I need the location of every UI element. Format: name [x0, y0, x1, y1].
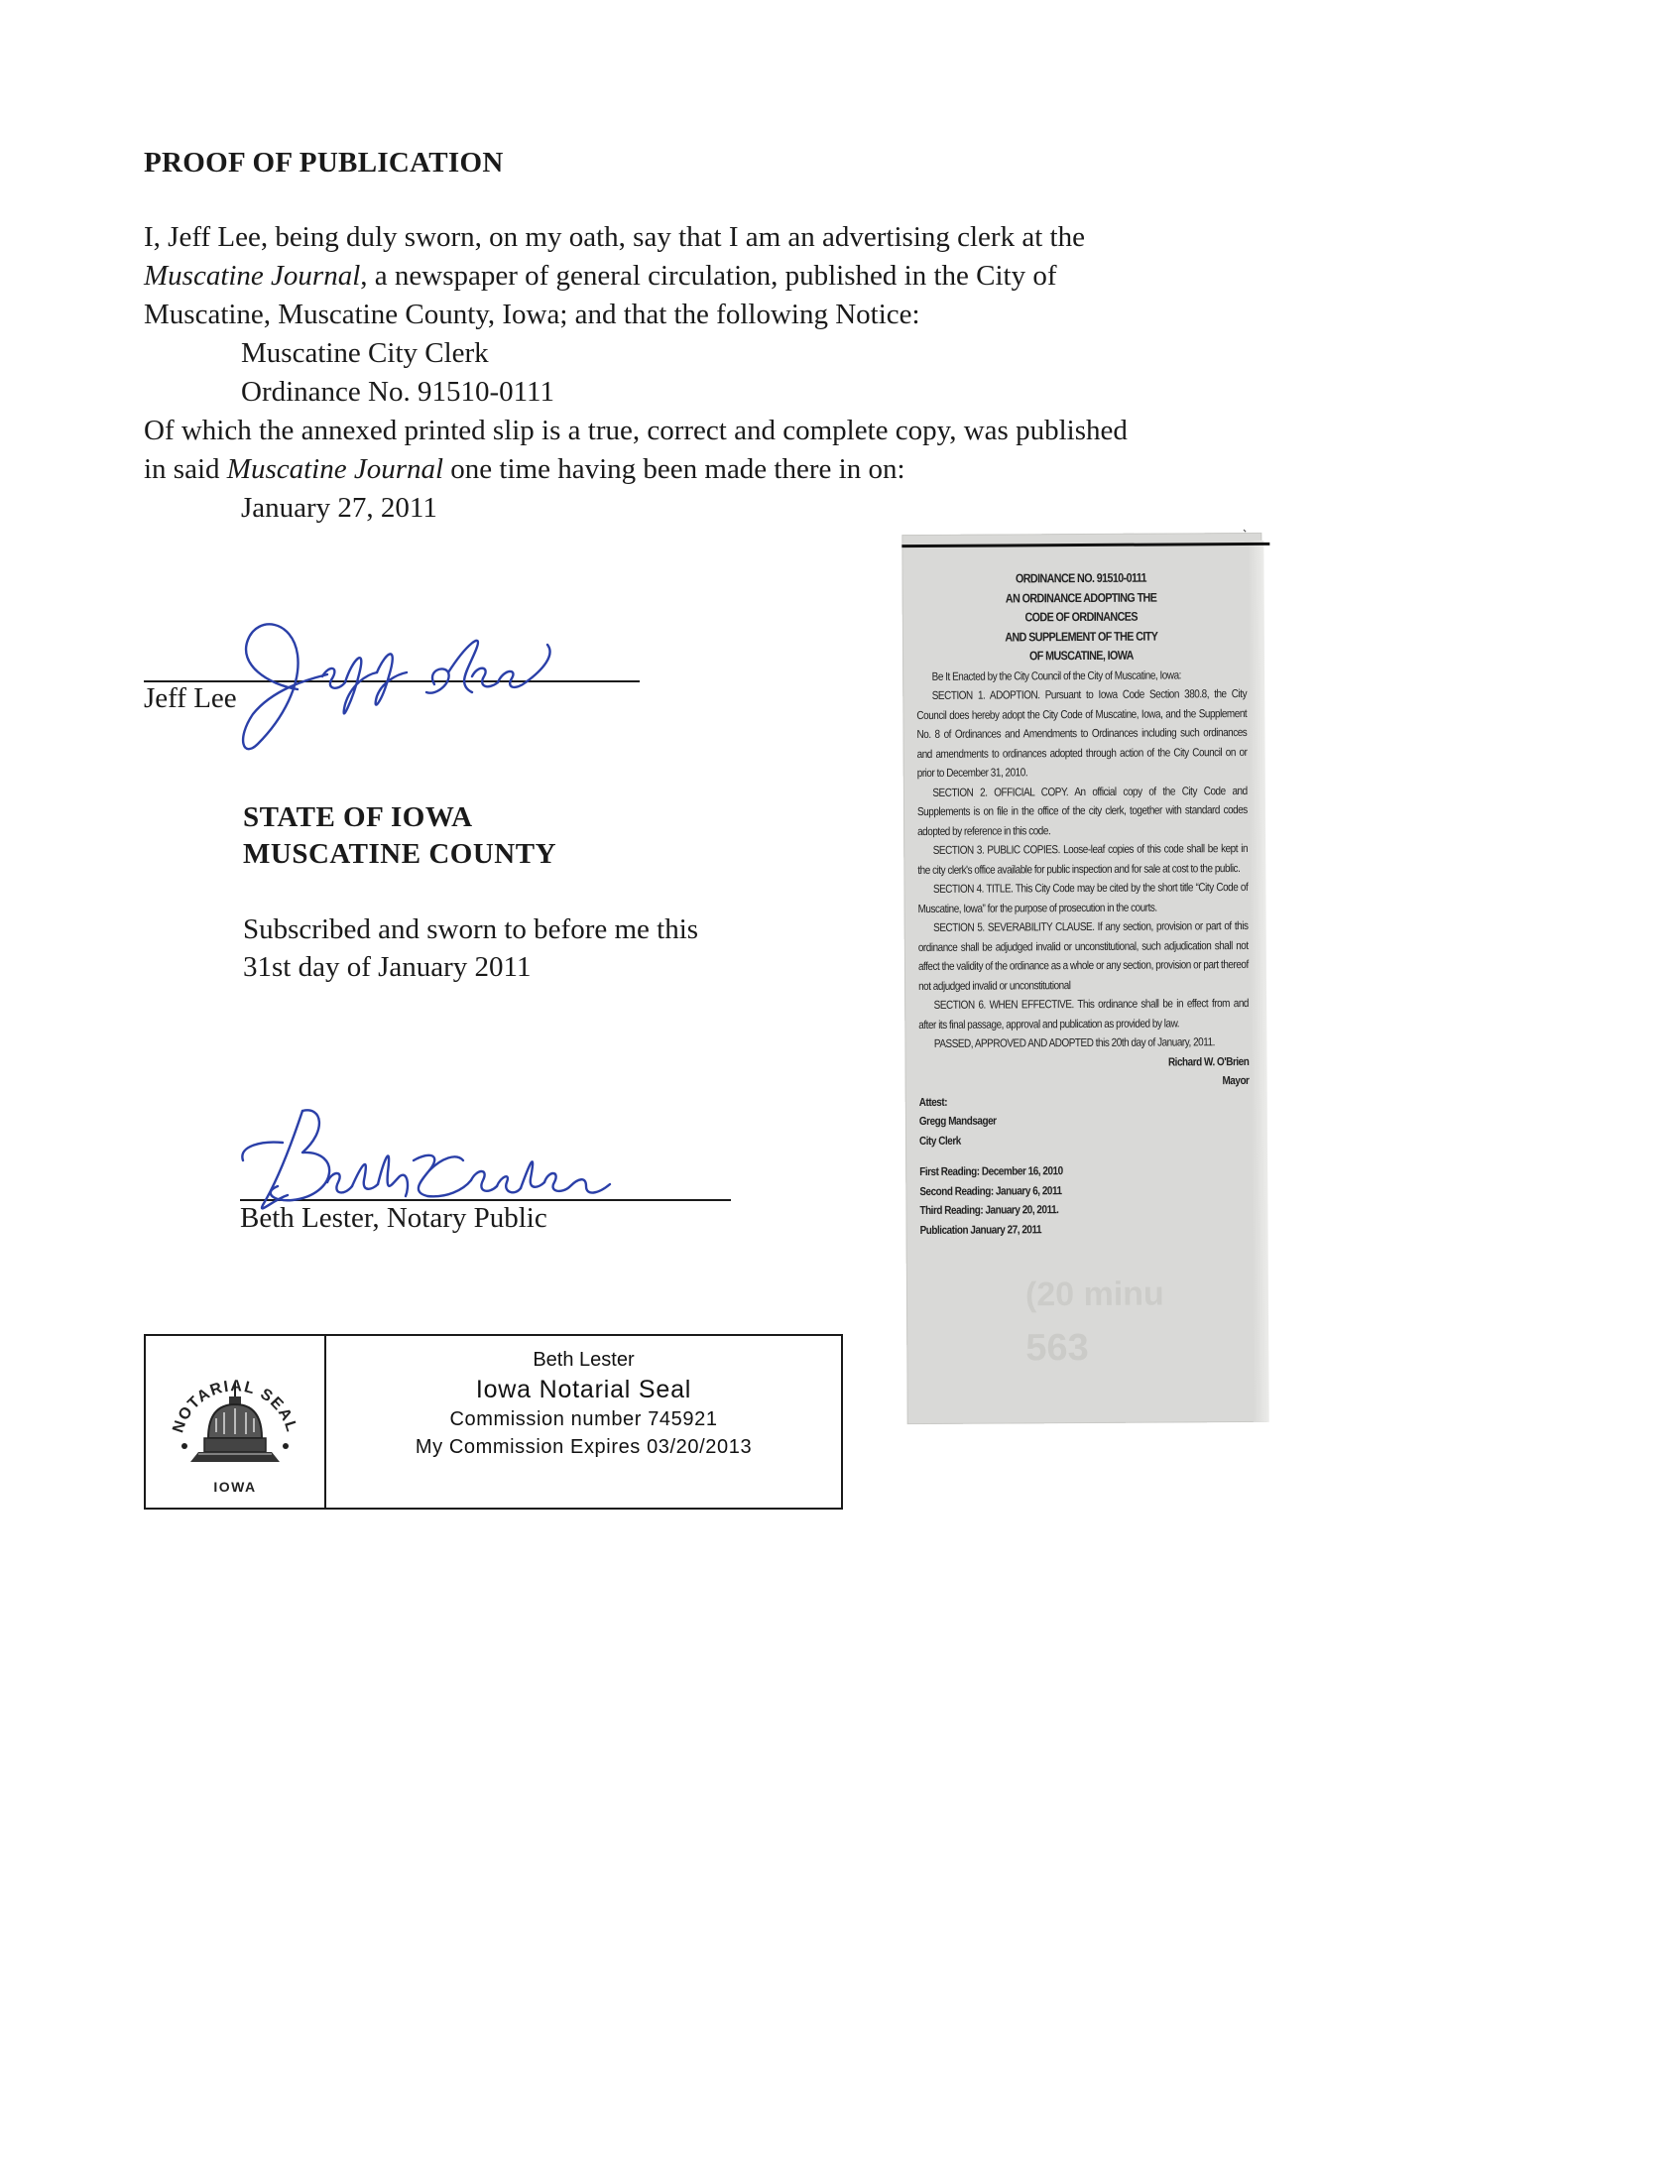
notary-name: Beth Lester	[533, 1346, 634, 1374]
capitol-dome-icon: NOTARIAL SEAL IOWA	[161, 1343, 309, 1502]
clerk-title: City Clerk	[919, 1129, 1250, 1151]
ordinance-number: Ordinance No. 91510-0111	[144, 373, 1314, 412]
section-4: SECTION 4. TITLE. This City Code may be …	[917, 878, 1248, 918]
jurat-date: 31st day of January 2011	[243, 948, 698, 986]
affidavit-line-1: I, Jeff Lee, being duly sworn, on my oat…	[144, 218, 1314, 257]
document-title: PROOF OF PUBLICATION	[144, 147, 504, 180]
svg-text:IOWA: IOWA	[213, 1479, 256, 1495]
notarial-seal-emblem: NOTARIAL SEAL IOWA	[146, 1336, 326, 1508]
venue-state: STATE OF IOWA	[243, 799, 556, 836]
section-6: SECTION 6. WHEN EFFECTIVE. This ordinanc…	[918, 994, 1249, 1034]
bleed-through-text-2: 563	[1025, 1327, 1089, 1370]
seal-title: Iowa Notarial Seal	[476, 1374, 691, 1405]
section-1: SECTION 1. ADOPTION. Pursuant to Iowa Co…	[916, 684, 1247, 784]
bleed-through-text: (20 minu	[1025, 1275, 1164, 1315]
commission-number: Commission number 745921	[449, 1405, 717, 1433]
venue-county: MUSCATINE COUNTY	[243, 836, 556, 873]
third-reading: Third Reading: January 20, 2011.	[919, 1199, 1250, 1221]
notary-seal-stamp: NOTARIAL SEAL IOWA Beth Lester Iowa Nota…	[144, 1334, 843, 1510]
newspaper-name-2: Muscatine Journal	[227, 453, 443, 485]
publication-date: January 27, 2011	[144, 489, 1314, 528]
newspaper-clipping: (20 minu 563 ORDINANCE NO. 91510-0111 AN…	[901, 533, 1266, 1424]
clerk-name: Gregg Mandsager	[919, 1110, 1250, 1132]
ordinance-title-2: CODE OF ORDINANCES	[916, 607, 1247, 629]
ordinance-title-3: AND SUPPLEMENT OF THE CITY	[916, 626, 1247, 648]
section-5: SECTION 5. SEVERABILITY CLAUSE. If any s…	[918, 916, 1249, 996]
ordinance-title-4: OF MUSCATINE, IOWA	[916, 646, 1247, 667]
venue: STATE OF IOWA MUSCATINE COUNTY	[243, 799, 556, 873]
ordinance-number-heading: ORDINANCE NO. 91510-0111	[915, 568, 1246, 590]
attest-label: Attest:	[919, 1090, 1250, 1112]
mayor-title: Mayor	[919, 1071, 1250, 1093]
newspaper-name: Muscatine Journal	[144, 260, 360, 292]
second-reading: Second Reading: January 6, 2011	[919, 1179, 1250, 1201]
affidavit-line-3: Muscatine, Muscatine County, Iowa; and t…	[144, 296, 1314, 334]
affidavit-line-2: Muscatine Journal, a newspaper of genera…	[144, 257, 1314, 296]
ordinance-text: ORDINANCE NO. 91510-0111 AN ORDINANCE AD…	[915, 568, 1250, 1240]
affidavit-line-5: in said Muscatine Journal one time havin…	[144, 450, 1314, 489]
enacting-clause: Be It Enacted by the City Council of the…	[916, 665, 1247, 686]
clipping-top-rule	[901, 543, 1269, 547]
jurat-line-1: Subscribed and sworn to before me this	[243, 910, 698, 948]
affidavit-line-4: Of which the annexed printed slip is a t…	[144, 412, 1314, 450]
notary-signature	[233, 1101, 650, 1245]
mayor-name: Richard W. O'Brien	[918, 1051, 1249, 1073]
notice-name: Muscatine City Clerk	[144, 334, 1314, 373]
affiant-name: Jeff Lee	[144, 682, 237, 715]
notary-seal-details: Beth Lester Iowa Notarial Seal Commissio…	[326, 1336, 841, 1508]
publication-reading: Publication January 27, 2011	[919, 1218, 1250, 1240]
first-reading: First Reading: December 16, 2010	[919, 1160, 1250, 1182]
section-3: SECTION 3. PUBLIC COPIES. Loose-leaf cop…	[917, 839, 1248, 880]
ordinance-title-1: AN ORDINANCE ADOPTING THE	[916, 587, 1247, 609]
passed-statement: PASSED, APPROVED AND ADOPTED this 20th d…	[918, 1032, 1249, 1054]
affiant-signature	[228, 605, 605, 769]
jurat: Subscribed and sworn to before me this 3…	[243, 910, 698, 986]
commission-expiry: My Commission Expires 03/20/2013	[416, 1433, 752, 1461]
affidavit-statement: I, Jeff Lee, being duly sworn, on my oat…	[144, 218, 1314, 528]
section-2: SECTION 2. OFFICIAL COPY. An official co…	[917, 781, 1248, 841]
